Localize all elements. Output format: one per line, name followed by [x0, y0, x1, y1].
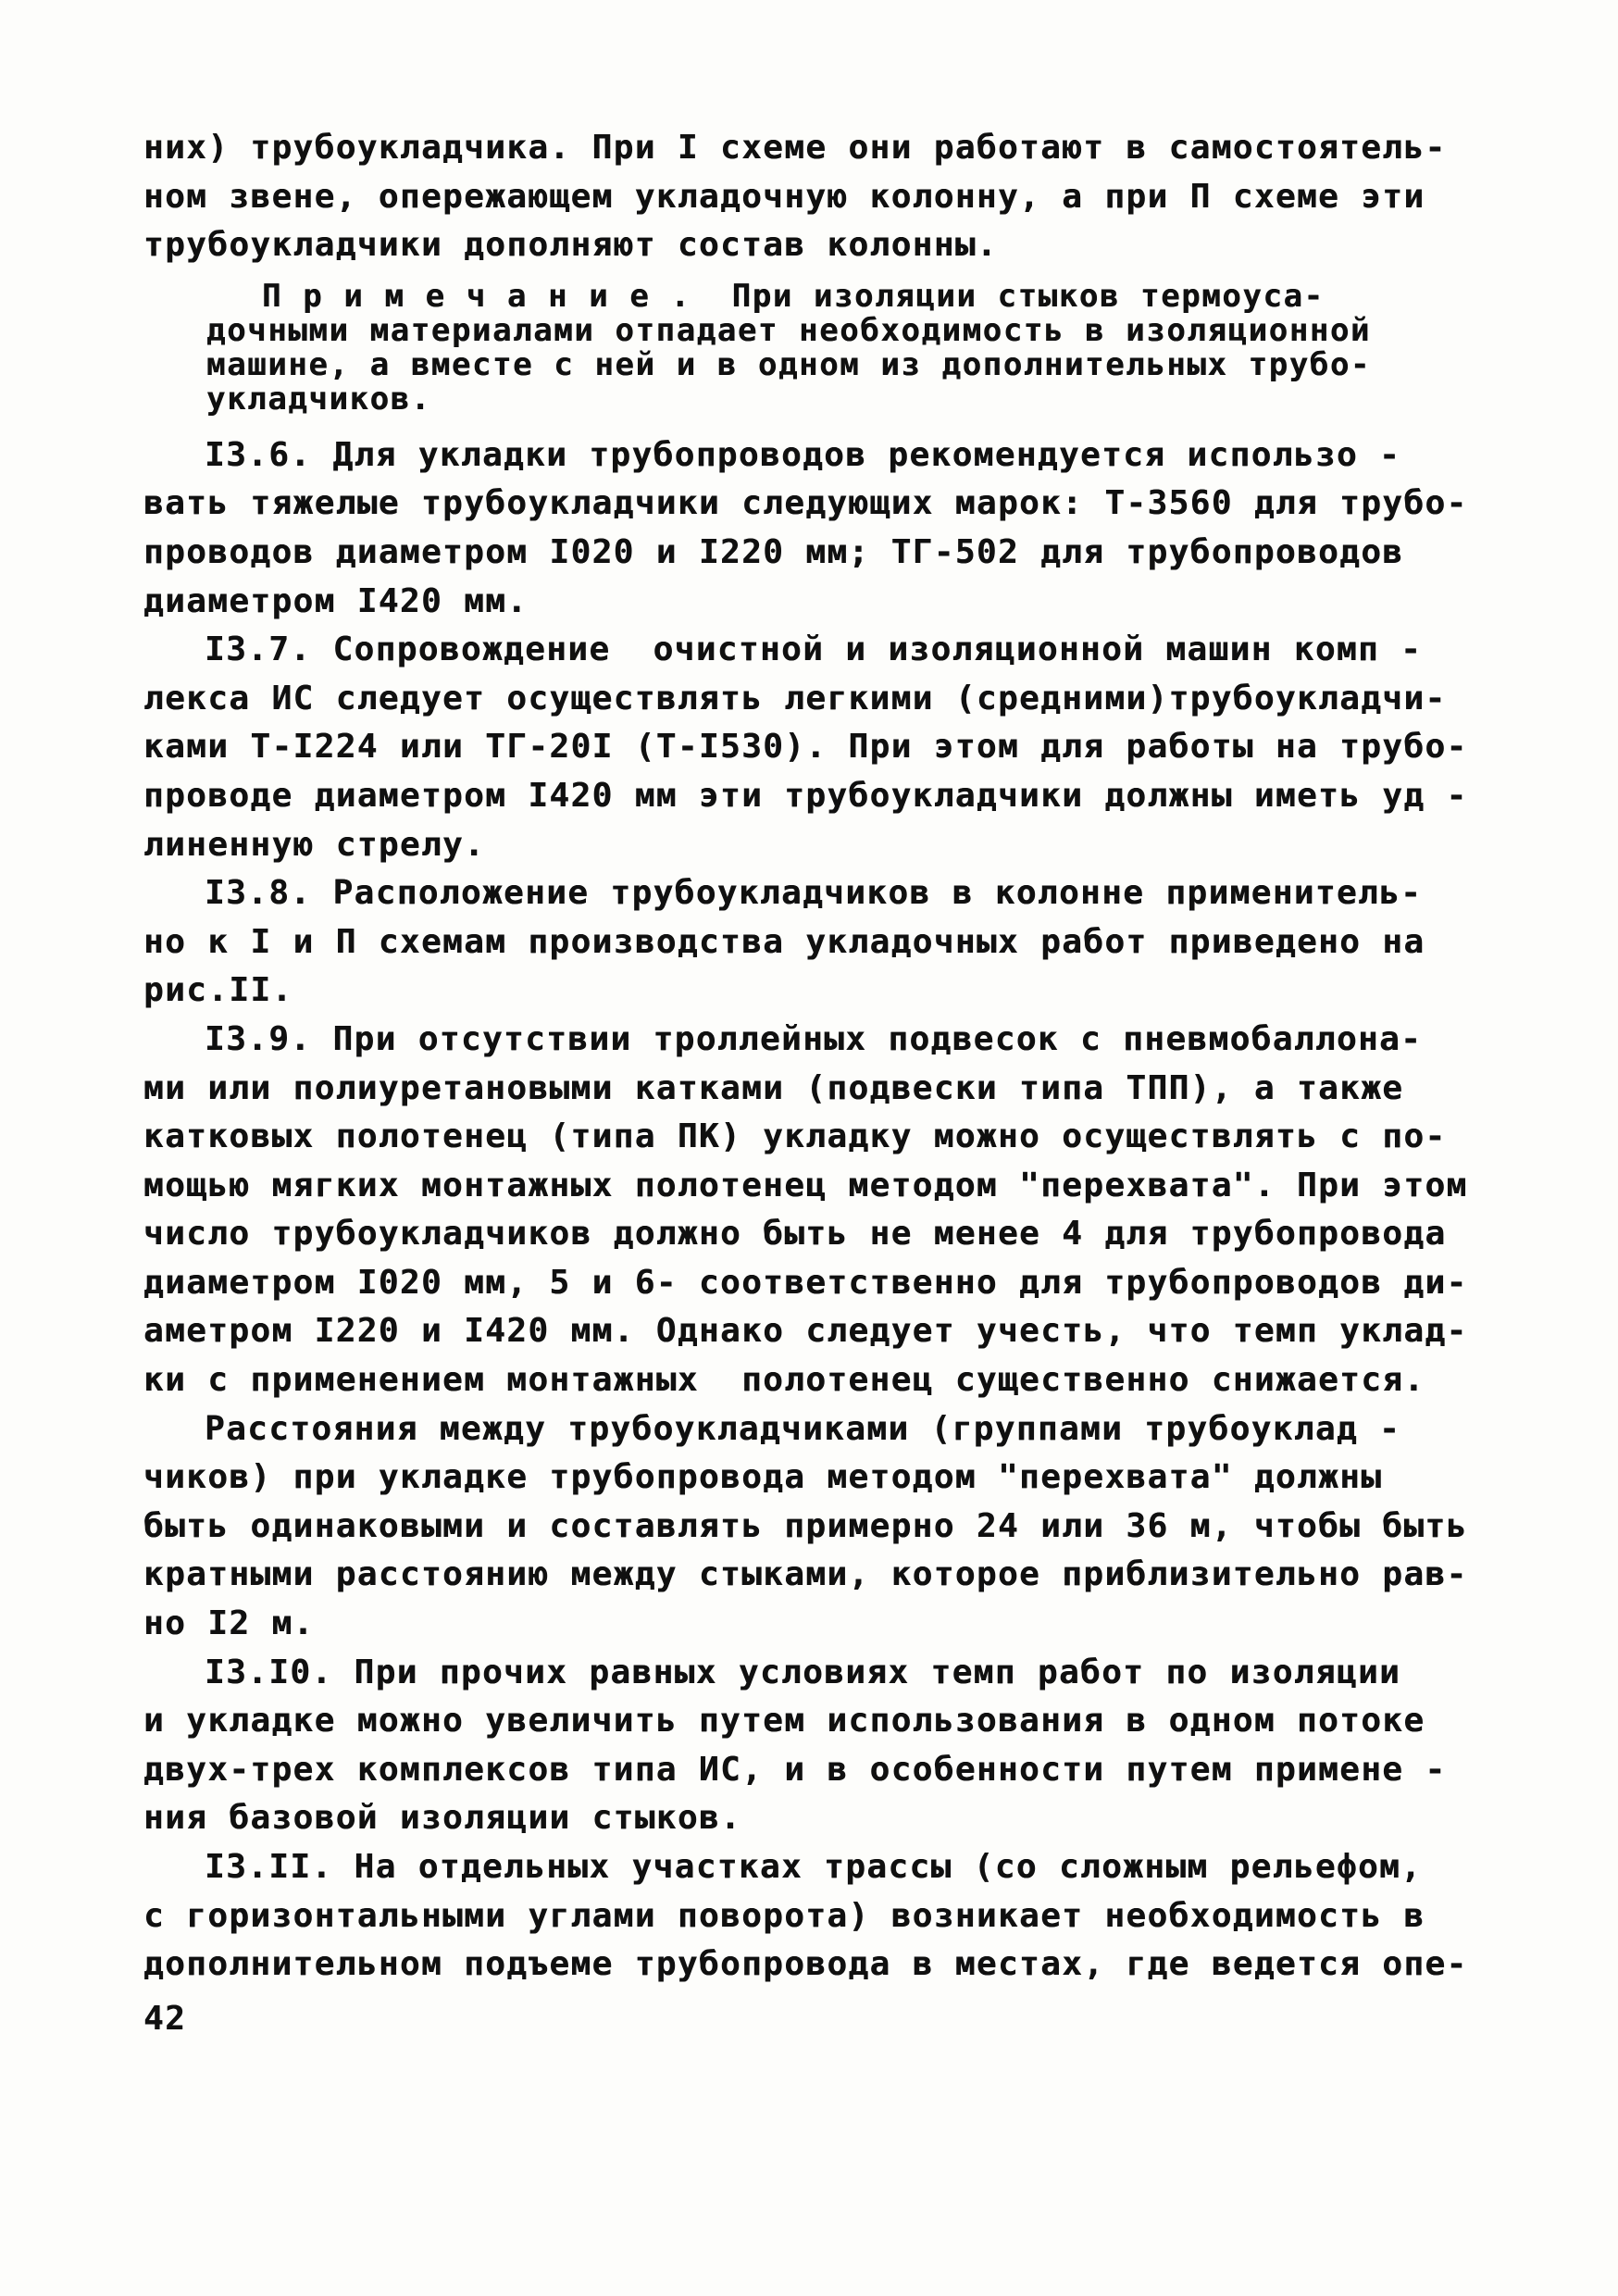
page-number: 42 [143, 1995, 1495, 2044]
paragraph-4: I3.7. Сопровождение очистной и изоляцион… [143, 626, 1495, 869]
text-line: число трубоукладчиков должно быть не мен… [143, 1210, 1495, 1259]
text-line: но I2 м. [143, 1600, 1495, 1649]
paragraph-5: I3.8. Расположение трубоукладчиков в кол… [143, 869, 1495, 1016]
text-line: быть одинаковыми и составлять примерно 2… [143, 1503, 1495, 1552]
text-line: П р и м е ч а н и е . При изоляции стыко… [206, 280, 1495, 314]
text-line: ном звене, опережающем укладочную колонн… [143, 173, 1495, 222]
paragraph-2: П р и м е ч а н и е . При изоляции стыко… [206, 280, 1495, 417]
text-line: проводе диаметром I420 мм эти трубоуклад… [143, 772, 1495, 821]
text-line: и укладке можно увеличить путем использо… [143, 1697, 1495, 1746]
text-line: укладчиков. [206, 382, 1495, 417]
text-line: Расстояния между трубоукладчиками (групп… [143, 1405, 1495, 1454]
text-line: катковых полотенец (типа ПК) укладку мож… [143, 1113, 1495, 1162]
text-line: I3.9. При отсутствии троллейных подвесок… [143, 1016, 1495, 1065]
paragraph-8: I3.I0. При прочих равных условиях темп р… [143, 1649, 1495, 1843]
text-line: мощью мягких монтажных полотенец методом… [143, 1162, 1495, 1211]
scanned-document-page: них) трубоукладчика. При I схеме они раб… [0, 0, 1618, 2296]
text-line: машине, а вместе с ней и в одном из допо… [206, 348, 1495, 382]
text-line: кратными расстоянию между стыками, котор… [143, 1551, 1495, 1600]
text-line: линенную стрелу. [143, 821, 1495, 870]
text-line: I3.I0. При прочих равных условиях темп р… [143, 1649, 1495, 1698]
paragraph-3: I3.6. Для укладки трубопроводов рекоменд… [143, 431, 1495, 626]
text-line: вать тяжелые трубоукладчики следующих ма… [143, 480, 1495, 529]
text-line: I3.8. Расположение трубоукладчиков в кол… [143, 869, 1495, 918]
paragraph-9: I3.II. На отдельных участках трассы (со … [143, 1843, 1495, 1990]
text-line: проводов диаметром I020 и I220 мм; ТГ-50… [143, 529, 1495, 578]
text-line: лекса ИС следует осуществлять легкими (с… [143, 675, 1495, 724]
text-line: ми или полиуретановыми катками (подвески… [143, 1065, 1495, 1114]
text-line: диаметром I020 мм, 5 и 6- соответственно… [143, 1259, 1495, 1308]
text-line: рис.II. [143, 967, 1495, 1016]
text-line: I3.7. Сопровождение очистной и изоляцион… [143, 626, 1495, 675]
text-line: двух-трех комплексов типа ИС, и в особен… [143, 1746, 1495, 1795]
text-line: ки с применением монтажных полотенец сущ… [143, 1356, 1495, 1405]
text-line: трубоукладчики дополняют состав колонны. [143, 221, 1495, 270]
text-line: I3.II. На отдельных участках трассы (со … [143, 1843, 1495, 1892]
text-line: но к I и П схемам производства укладочны… [143, 918, 1495, 967]
text-line: ния базовой изоляции стыков. [143, 1794, 1495, 1843]
text-line: ками Т-I224 или ТГ-20I (Т-I530). При это… [143, 723, 1495, 772]
text-line: чиков) при укладке трубопровода методом … [143, 1454, 1495, 1503]
paragraph-1: них) трубоукладчика. При I схеме они раб… [143, 124, 1495, 270]
text-line: дополнительном подъеме трубопровода в ме… [143, 1940, 1495, 1990]
text-line: диаметром I420 мм. [143, 578, 1495, 627]
text-line: аметром I220 и I420 мм. Однако следует у… [143, 1307, 1495, 1356]
text-line: них) трубоукладчика. При I схеме они раб… [143, 124, 1495, 173]
paragraph-7: Расстояния между трубоукладчиками (групп… [143, 1405, 1495, 1649]
paragraph-6: I3.9. При отсутствии троллейных подвесок… [143, 1016, 1495, 1405]
text-line: I3.6. Для укладки трубопроводов рекоменд… [143, 431, 1495, 480]
text-block: них) трубоукладчика. При I схеме они раб… [143, 124, 1495, 2043]
text-line: дочными материалами отпадает необходимос… [206, 314, 1495, 348]
text-line: с горизонтальными углами поворота) возни… [143, 1892, 1495, 1941]
